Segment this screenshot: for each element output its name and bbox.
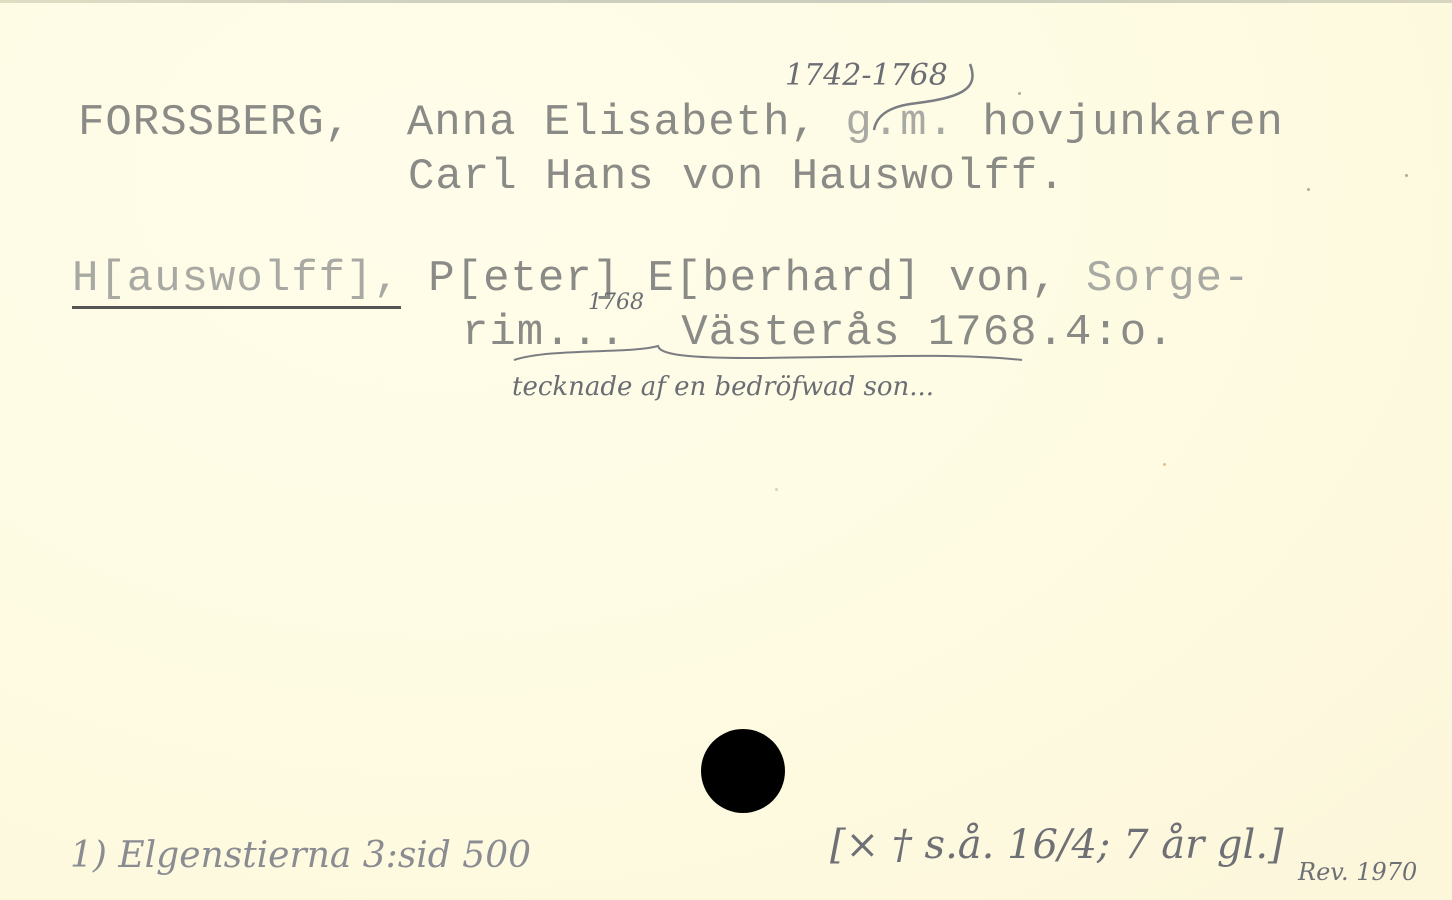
catalog-card: FORSSBERG, Anna Elisabeth, g.m. hovjunka… — [0, 0, 1452, 900]
speck — [1163, 463, 1166, 466]
speck — [1018, 92, 1021, 95]
entry2-handwritten-year: 1768 — [588, 290, 644, 315]
entry1-title: hovjunkaren — [982, 98, 1283, 148]
entry1-surname: FORSSBERG, — [78, 98, 352, 148]
entry2-line1: H[auswolff], P[eter] E[berhard] von, Sor… — [72, 252, 1250, 306]
speck — [775, 488, 778, 491]
entry2-handwritten-note: tecknade af en bedröfwad son... — [512, 372, 934, 402]
entry2-given-names: P[eter] E[berhard] von, — [428, 254, 1058, 304]
speck — [1307, 188, 1310, 191]
card-top-edge — [0, 0, 1452, 3]
entry1-spouse: Carl Hans von Hauswolff. — [408, 152, 1066, 202]
entry2-pencil-brace — [510, 338, 1030, 368]
speck — [1405, 174, 1408, 177]
footer-reference: 1) Elgenstierna 3:sid 500 — [70, 835, 531, 876]
entry2-surname: H[auswolff], — [72, 254, 401, 309]
punch-hole — [701, 729, 785, 813]
entry1-line1: FORSSBERG, Anna Elisabeth, g.m. hovjunka… — [78, 96, 1284, 150]
entry2-title-start: Sorge- — [1086, 254, 1250, 304]
footer-revision-note: Rev. 1970 — [1298, 858, 1417, 886]
entry1-line2: Carl Hans von Hauswolff. — [408, 150, 1066, 204]
entry1-pencil-arc — [870, 60, 980, 135]
footer-bracket-note: [× † s.å. 16/4; 7 år gl.] — [830, 822, 1284, 868]
entry1-given-names: Anna Elisabeth, — [407, 98, 818, 148]
